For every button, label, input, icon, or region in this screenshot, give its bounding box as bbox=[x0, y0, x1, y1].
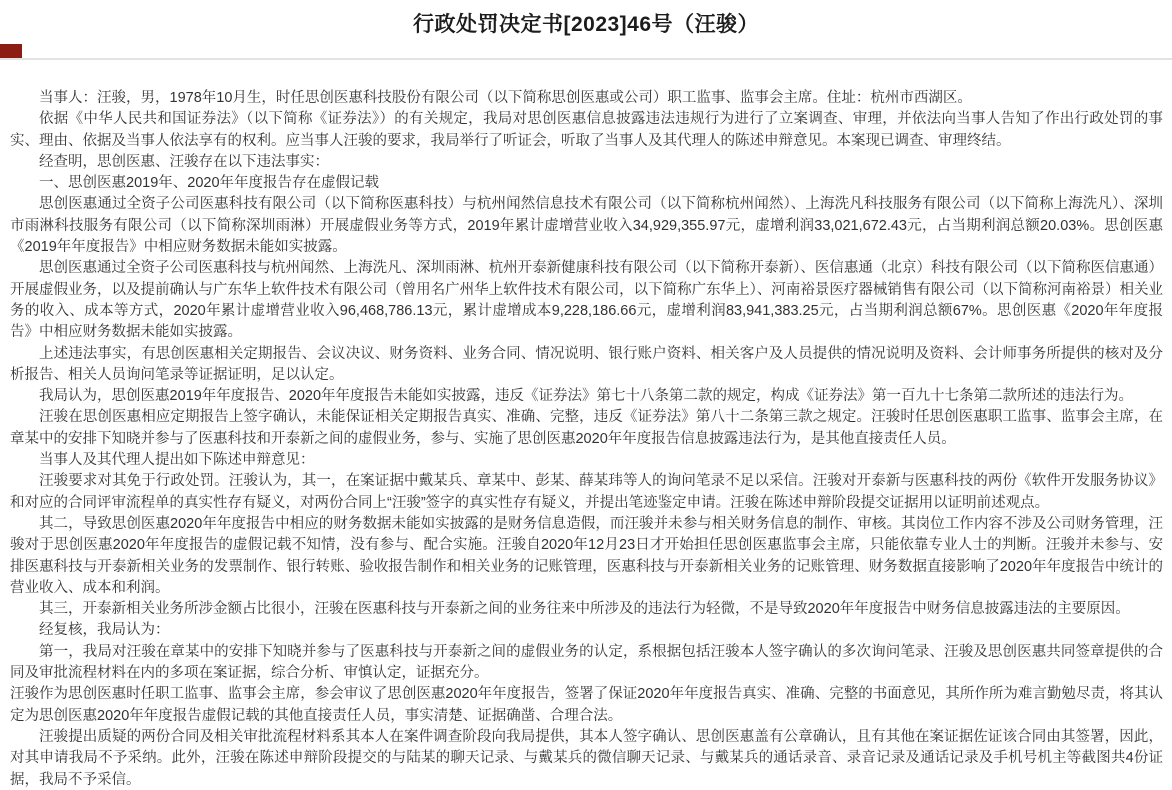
paragraph-2019-fraud: 思创医惠通过全资子公司医惠科技有限公司（以下简称医惠科技）与杭州闻然信息技术有限… bbox=[10, 194, 1163, 258]
paragraph-company-violation: 我局认为，思创医惠2019年年度报告、2020年年度报告未能如实披露，违反《证券… bbox=[10, 386, 1163, 407]
paragraph-review-evidence-rejection: 汪骏提出质疑的两份合同及相关审批流程材料系其本人在案件调查阶段向我局提供，其本人… bbox=[10, 727, 1163, 790]
paragraph-2020-fraud: 思创医惠通过全资子公司医惠科技与杭州闻然、上海洗凡、深圳雨淋、杭州开泰新健康科技… bbox=[10, 258, 1163, 343]
paragraph-defense-three: 其三，开泰新相关业务所涉金额占比很小，汪骏在医惠科技与开泰新之间的业务往来中所涉… bbox=[10, 599, 1163, 620]
paragraph-party-info: 当事人：汪骏，男，1978年10月生，时任思创医惠科技股份有限公司（以下简称思创… bbox=[10, 88, 1163, 109]
paragraph-review-duty: 汪骏作为思创医惠时任职工监事、监事会主席，参会审议了思创医惠2020年年度报告，… bbox=[10, 684, 1163, 727]
paragraph-review-first: 第一，我局对汪骏在章某中的安排下知晓并参与了医惠科技与开泰新之间的虚假业务的认定… bbox=[10, 642, 1163, 685]
accent-marker bbox=[0, 44, 22, 58]
document-body: 当事人：汪骏，男，1978年10月生，时任思创医惠科技股份有限公司（以下简称思创… bbox=[10, 88, 1163, 790]
paragraph-section-heading: 一、思创医惠2019年、2020年年度报告存在虚假记载 bbox=[10, 173, 1163, 194]
paragraph-defense-one: 汪骏要求对其免于行政处罚。汪骏认为，其一，在案证据中戴某兵、章某中、彭某、薛某玮… bbox=[10, 471, 1163, 514]
paragraph-findings-intro: 经查明，思创医惠、汪骏存在以下违法事实： bbox=[10, 152, 1163, 173]
paragraph-review-intro: 经复核，我局认为： bbox=[10, 620, 1163, 641]
paragraph-legal-basis: 依据《中华人民共和国证券法》（以下简称《证券法》）的有关规定，我局对思创医惠信息… bbox=[10, 109, 1163, 152]
paragraph-defense-two: 其二，导致思创医惠2020年年度报告中相应的财务数据未能如实披露的是财务信息造假… bbox=[10, 514, 1163, 599]
paragraph-wangjun-violation: 汪骏在思创医惠相应定期报告上签字确认，未能保证相关定期报告真实、准确、完整，违反… bbox=[10, 407, 1163, 450]
document-title: 行政处罚决定书[2023]46号（汪骏） bbox=[0, 0, 1172, 38]
document-header: 行政处罚决定书[2023]46号（汪骏） bbox=[0, 0, 1172, 60]
paragraph-evidence: 上述违法事实，有思创医惠相关定期报告、会议决议、财务资料、业务合同、情况说明、银… bbox=[10, 344, 1163, 387]
paragraph-defense-intro: 当事人及其代理人提出如下陈述申辩意见： bbox=[10, 450, 1163, 471]
